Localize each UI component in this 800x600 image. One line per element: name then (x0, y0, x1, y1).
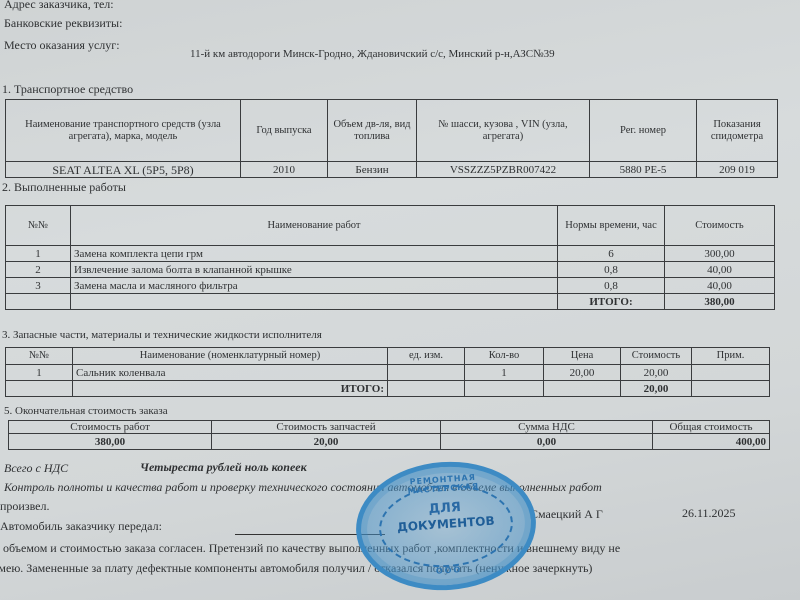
col-num: №№ (6, 348, 73, 365)
col-year: Год выпуска (241, 100, 328, 162)
vehicle-table: Наименование транспортного средств (узла… (5, 99, 778, 178)
section3-title: 3. Запасные части, материалы и техническ… (2, 329, 322, 341)
handed-over-label: Автомобиль заказчику передал: (0, 519, 162, 534)
vehicle-fuel: Бензин (328, 162, 417, 178)
vehicle-year: 2010 (241, 162, 328, 178)
empty-cell (71, 294, 558, 310)
col-parts-cost: Стоимость запчастей (212, 421, 441, 434)
table-row: 3 Замена масла и масляного фильтра 0,8 4… (6, 278, 775, 294)
col-vehicle: Наименование транспортного средств (узла… (6, 100, 241, 162)
total-row: ИТОГО: 20,00 (6, 381, 770, 397)
empty-cell (692, 381, 770, 397)
col-vat: Сумма НДС (441, 421, 653, 434)
part-price: 20,00 (544, 365, 621, 381)
table-row: 380,00 20,00 0,00 400,00 (9, 434, 770, 450)
empty-cell (388, 381, 465, 397)
work-num: 3 (6, 278, 71, 294)
part-num: 1 (6, 365, 73, 381)
col-odometer: Показания спидометра (697, 100, 778, 162)
bank-details-label: Банковские реквизиты: (4, 16, 122, 31)
work-hours: 6 (558, 246, 665, 262)
parts-total-value: 20,00 (621, 381, 692, 397)
vehicle-odometer: 209 019 (697, 162, 778, 178)
work-name: Замена комплекта цепи грм (71, 246, 558, 262)
service-place-value: 11-й км автодороги Минск-Гродно, Жданови… (190, 48, 555, 60)
handover-date: 26.11.2025 (682, 506, 736, 521)
col-cost: Стоимость (665, 206, 775, 246)
section2-title: 2. Выполненные работы (2, 180, 126, 195)
final-works-cost: 380,00 (9, 434, 212, 450)
work-cost: 300,00 (665, 246, 775, 262)
col-qty: Кол-во (465, 348, 544, 365)
col-work-name: Наименование работ (71, 206, 558, 246)
total-vat-label: Всего с НДС (4, 461, 68, 476)
work-cost: 40,00 (665, 278, 775, 294)
col-vin: № шасси, кузова , VIN (узла, агрегата) (417, 100, 590, 162)
table-row: 2 Извлечение залома болта в клапанной кр… (6, 262, 775, 278)
part-name: Сальник коленвала (73, 365, 388, 381)
col-note: Прим. (692, 348, 770, 365)
col-price: Цена (544, 348, 621, 365)
section1-title: 1. Транспортное средство (2, 82, 133, 97)
final-vat: 0,00 (441, 434, 653, 450)
col-works-cost: Стоимость работ (9, 421, 212, 434)
section5-title: 5. Окончательная стоимость заказа (4, 405, 168, 417)
table-row: SEAT ALTEA XL (5P5, 5P8) 2010 Бензин VSS… (6, 162, 778, 178)
part-cost: 20,00 (621, 365, 692, 381)
empty-cell (465, 381, 544, 397)
empty-cell (6, 294, 71, 310)
works-total-value: 380,00 (665, 294, 775, 310)
col-fuel: Объем дв-ля, вид топлива (328, 100, 417, 162)
service-place-label: Место оказания услуг: (4, 38, 120, 53)
vehicle-vin: VSSZZZ5PZBR007422 (417, 162, 590, 178)
col-num: №№ (6, 206, 71, 246)
table-row: 1 Сальник коленвала 1 20,00 20,00 (6, 365, 770, 381)
table-row: 1 Замена комплекта цепи грм 6 300,00 (6, 246, 775, 262)
part-note (692, 365, 770, 381)
work-name: Замена масла и масляного фильтра (71, 278, 558, 294)
vehicle-reg-number: 5880 РЕ-5 (590, 162, 697, 178)
parts-table: №№ Наименование (номенклатурный номер) е… (5, 347, 770, 397)
work-name: Извлечение залома болта в клапанной крыш… (71, 262, 558, 278)
work-hours: 0,8 (558, 278, 665, 294)
total-vat-words: Четыреста рублей ноль копеек (140, 460, 307, 475)
part-unit (388, 365, 465, 381)
total-row: ИТОГО: 380,00 (6, 294, 775, 310)
empty-cell (544, 381, 621, 397)
part-qty: 1 (465, 365, 544, 381)
col-cost: Стоимость (621, 348, 692, 365)
handed-over-name: Смаецкий А Г (530, 507, 603, 522)
empty-cell (6, 381, 73, 397)
work-cost: 40,00 (665, 262, 775, 278)
parts-total-label: ИТОГО: (73, 381, 388, 397)
work-num: 1 (6, 246, 71, 262)
col-unit: ед. изм. (388, 348, 465, 365)
work-num: 2 (6, 262, 71, 278)
col-hours: Нормы времени, час (558, 206, 665, 246)
vehicle-model: SEAT ALTEA XL (5P5, 5P8) (6, 162, 241, 178)
col-reg: Рег. номер (590, 100, 697, 162)
control-text-cont: произвел. (0, 499, 50, 514)
col-part-name: Наименование (номенклатурный номер) (73, 348, 388, 365)
customer-address-label: Адрес заказчика, тел: (4, 0, 114, 12)
work-hours: 0,8 (558, 262, 665, 278)
final-total-cost: 400,00 (653, 434, 770, 450)
works-table: №№ Наименование работ Нормы времени, час… (5, 205, 775, 310)
final-parts-cost: 20,00 (212, 434, 441, 450)
works-total-label: ИТОГО: (558, 294, 665, 310)
col-total-cost: Общая стоимость (653, 421, 770, 434)
final-cost-table: Стоимость работ Стоимость запчастей Сумм… (8, 420, 770, 450)
